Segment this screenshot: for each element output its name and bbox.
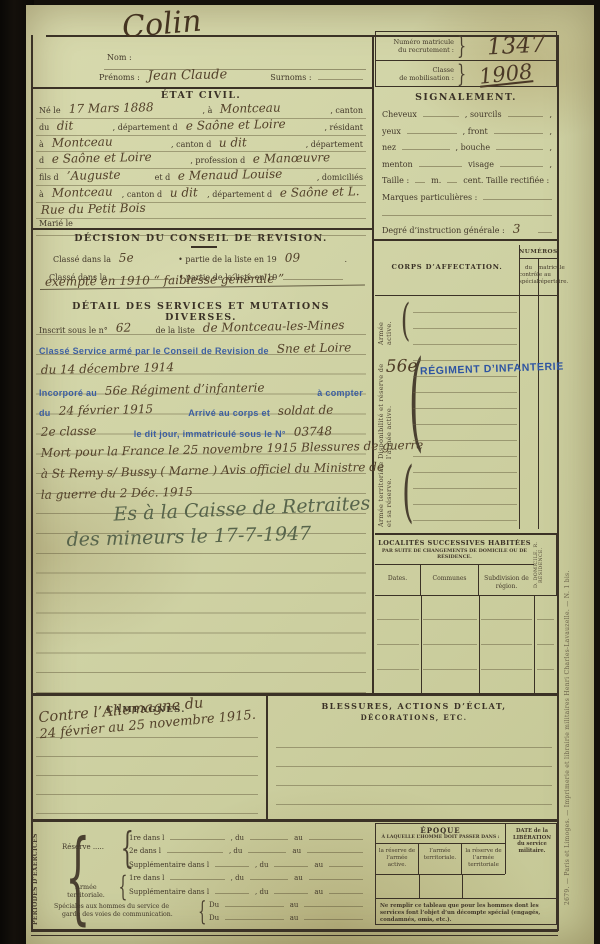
decision-title: DÉCISION DU CONSEIL DE REVISION. — [36, 233, 366, 244]
printed-text: visage — [465, 160, 497, 169]
blank-fill — [423, 106, 459, 117]
handwritten-text: e Saône et Loire — [47, 152, 187, 166]
printed-text: du — [36, 123, 52, 132]
handwritten-text: u dit — [214, 136, 303, 150]
campagnes-top-rule — [31, 693, 558, 696]
form-line: yeux, front, — [379, 123, 555, 140]
form-line: 2e classele dit jour, immatriculé sous l… — [36, 419, 366, 440]
prenoms-label: Prénoms : — [96, 73, 143, 82]
regiment-number-handwritten: 56e — [381, 356, 418, 377]
localites-body-communes — [423, 595, 477, 695]
blank-fill — [419, 156, 463, 167]
epoque-note-rule — [376, 898, 558, 899]
periode-row: 2e dans l , du au — [126, 842, 366, 855]
handwritten-text: 17 Mars 1888 — [63, 102, 199, 116]
corps-affectation-table: CORPS D’AFFECTATION. NUMÉROS du contrôle… — [375, 245, 557, 529]
nom-row: Nom : — [104, 53, 366, 70]
handwritten-text: Montceau — [46, 136, 168, 150]
corps-affectation-title: CORPS D’AFFECTATION. — [375, 263, 519, 271]
printed-text: , — [546, 127, 555, 136]
corps-lines-3 — [413, 457, 517, 529]
decision-line1: Classé dans la5e• partie de la liste en … — [50, 251, 350, 269]
stamp-text: Arrivé au corps et — [185, 408, 273, 418]
prenoms-row: Prénoms : Jean Claude Surnoms : — [96, 69, 366, 85]
matricule-box: Numéro matriculedu recrutement : } 1347 … — [375, 31, 557, 87]
numeros-col2-header: matricule au répertoire. — [538, 259, 557, 295]
form-line: Incorporé au56e Régiment d’infanterieà c… — [36, 378, 366, 399]
form-line: Cheveux, sourcils, — [379, 106, 555, 123]
localites-body-side — [537, 595, 554, 695]
printer-imprint: 2679. — Paris et Limoges. — Imprimerie e… — [564, 345, 571, 905]
main-column-divider — [372, 35, 374, 693]
form-line: du 14 décembre 1914 — [36, 357, 366, 378]
handwritten-text: 56e Régiment d’infanterie — [100, 379, 314, 397]
paper-sheet: Colin Nom : Prénoms : Jean Claude Surnom… — [26, 5, 594, 944]
header-bottom-rule-left — [31, 87, 372, 89]
corps-col-rule1 — [519, 245, 520, 529]
blank-fill — [483, 189, 552, 200]
handwritten-text: 09 — [279, 250, 341, 265]
printed-text: , — [546, 143, 555, 152]
epoque-header: ÉPOQUE À LAQUELLE L’HOMME DOIT PASSER DA… — [376, 824, 505, 844]
form-line: àMontceau, canton du dit, département — [36, 136, 366, 153]
form-line: dudit, département de Saône et Loire, ré… — [36, 119, 366, 136]
epoque-table: ÉPOQUE À LAQUELLE L’HOMME DOIT PASSER DA… — [375, 823, 557, 925]
printed-text: • partie de la liste en 19 — [175, 255, 280, 264]
handwritten-text: ’Auguste — [61, 169, 151, 183]
prenoms-handwritten: Jean Claude — [143, 67, 228, 84]
blank-fill — [447, 172, 457, 183]
periode-row: Supplémentaire dans l , du au — [126, 856, 366, 869]
form-line: àMontceau, canton du dit, département de… — [36, 186, 366, 203]
corps-brace-1: ( — [401, 299, 410, 343]
printed-text: . — [341, 255, 350, 264]
handwritten-text: 24 février 1915 — [53, 402, 185, 419]
localites-table: LOCALITÉS SUCCESSIVES HABITÉES PAR SUITE… — [375, 533, 557, 693]
corps-row-armee-active: Armée active. — [377, 301, 393, 345]
printed-text: m. — [428, 176, 444, 185]
signalement-bottom-rule — [372, 239, 558, 241]
printed-text: de la liste — [152, 326, 197, 335]
stamp-text: du — [36, 408, 54, 418]
territoriale-group-label: Arméeterritoriale. — [62, 883, 110, 899]
decision-title-underline — [191, 246, 217, 248]
printed-text: Marques particulières : — [379, 193, 480, 202]
stamp-text: à compter — [314, 388, 366, 398]
handwritten-text: Mort pour la France le 25 novembre 1915 … — [36, 438, 424, 460]
periodes-side-label: PÉRIODES D’EXERCICES — [32, 831, 39, 925]
printed-text: cent. Taille rectifiée : — [460, 176, 552, 185]
form-line: Degré d’instruction générale :3 — [379, 222, 555, 239]
localites-body-dates — [377, 595, 419, 695]
periodes-rows: 1re dans l , du au 2e dans l , du au Sup… — [126, 829, 366, 923]
handwritten-text: de Montceau-les-Mines — [198, 317, 366, 335]
form-line: à St Remy s/ Bussy ( Marne ) Avis offici… — [36, 461, 366, 482]
periode-row: 1re dans l , du au — [126, 869, 366, 882]
form-line: Inscrit sous le n°62de la listede Montce… — [36, 315, 366, 336]
corps-lines-1 — [413, 297, 517, 345]
printed-text: , canton d — [168, 140, 214, 149]
frame-right-rule — [557, 35, 559, 931]
signalement-lines: Cheveux, sourcils,yeux, front,nez, bouch… — [379, 106, 555, 238]
printed-text: , front — [460, 127, 491, 136]
periode-row: Supplémentaire dans l , du au — [126, 883, 366, 896]
form-line: nez, bouche, — [379, 139, 555, 156]
epoque-body-vrule2 — [462, 874, 463, 898]
surnoms-label: Surnoms : — [267, 73, 314, 82]
reserve-group-label: Réserve ..... — [62, 843, 104, 851]
printed-text: , — [546, 160, 555, 169]
printed-text: à — [36, 140, 47, 149]
surnoms-blank — [318, 69, 363, 80]
localites-header: LOCALITÉS SUCCESSIVES HABITÉES PAR SUITE… — [375, 535, 534, 565]
printed-text: yeux — [379, 127, 404, 136]
etat-civil-bottom-rule — [31, 228, 372, 230]
handwritten-text: 03748 — [289, 424, 366, 440]
printed-text: , département — [303, 140, 366, 149]
corps-col-rule2 — [538, 259, 539, 529]
handwritten-text: soldat de — [273, 403, 366, 419]
printed-text: , département d — [204, 190, 275, 199]
printed-text: et d — [152, 173, 174, 182]
printed-text: , à — [200, 106, 216, 115]
classe-label: Classede mobilisation : — [376, 66, 454, 82]
periode-row: 1re dans l , du au — [126, 829, 366, 842]
periode-row: Du au — [126, 896, 366, 909]
form-line: Né le17 Mars 1888, àMontceau, canton — [36, 102, 366, 119]
handwritten-text: 5e — [114, 250, 175, 265]
classe-value: 1908 — [478, 59, 534, 88]
handwritten-text: e Menaud Louise — [173, 169, 314, 183]
etat-civil-lines: Né le17 Mars 1888, àMontceau, cantondudi… — [36, 102, 366, 236]
handwritten-text: Montceau — [46, 186, 118, 200]
blank-fill — [415, 172, 425, 183]
handwritten-text: dit — [52, 119, 110, 133]
printed-text: Né le — [36, 106, 64, 115]
localites-col-dates: Dates. — [375, 565, 421, 595]
epoque-note: Ne remplir ce tableau que pour les homme… — [380, 903, 552, 923]
handwritten-text: 2e classe — [36, 423, 131, 439]
epoque-col2: l’armée territoriale. — [419, 844, 462, 874]
printed-text: , sourcils — [462, 110, 505, 119]
printed-text: , bouche — [453, 143, 494, 152]
signalement-title: SIGNALEMENT. — [375, 92, 557, 103]
printed-text: , canton d — [119, 190, 165, 199]
blank-fill — [496, 139, 543, 150]
form-line — [379, 205, 555, 222]
decision-overlay-handwritten: exempté en 1910 “ faiblesse générale ” — [40, 270, 365, 290]
printed-text: Classé dans la — [50, 255, 114, 264]
printed-text: , — [546, 110, 555, 119]
scanned-register-page: Colin Nom : Prénoms : Jean Claude Surnom… — [0, 0, 600, 944]
form-line: Rue du Petit Bois — [36, 203, 366, 220]
etat-civil-title: ÉTAT CIVIL. — [36, 90, 366, 101]
localites-vrule3 — [534, 595, 535, 695]
epoque-body-vrule1 — [419, 874, 420, 898]
printed-text: , département d — [110, 123, 181, 132]
localites-body-subdivision — [481, 595, 532, 695]
printed-text: fils d — [36, 173, 62, 182]
printed-text: Taille : — [379, 176, 412, 185]
handwritten-text: à St Remy s/ Bussy ( Marne ) Avis offici… — [36, 460, 384, 481]
handwritten-text: e Saône et L. — [275, 186, 366, 200]
handwritten-text: e Manœuvre — [248, 152, 366, 166]
form-line: du24 février 1915Arrivé au corps etsolda… — [36, 399, 366, 420]
localites-side-col-header: D. DOMICILE. R. RÉSIDENCE. — [534, 535, 557, 595]
frame-bottom-rule — [31, 929, 558, 932]
stamp-text: Classé Service armé par le Conseil de Re… — [36, 346, 272, 356]
frame-left-rule — [31, 35, 33, 931]
handwritten-text: du 14 décembre 1914 — [36, 356, 366, 377]
localites-col-communes: Communes — [421, 565, 479, 595]
blessures-lines — [276, 729, 552, 817]
form-line: Classé Service armé par le Conseil de Re… — [36, 336, 366, 357]
bottom-band-top-rule — [31, 819, 558, 822]
stamp-text: Incorporé au — [36, 388, 100, 398]
handwritten-text: Montceau — [215, 102, 327, 116]
epoque-col3: la réserve de l’armée territoriale — [462, 844, 505, 874]
printed-text: nez — [379, 143, 399, 152]
name-handwritten: Colin — [121, 4, 203, 46]
printed-text: à — [36, 190, 47, 199]
printed-text: , résidant — [321, 123, 366, 132]
printed-text: Cheveux — [379, 110, 420, 119]
matricule-value: 1347 — [487, 31, 547, 60]
epoque-date-header: DATE de la LIBÉRATION du service militai… — [505, 824, 558, 874]
printed-text: , domiciliés — [314, 173, 366, 182]
handwritten-text: Rue du Petit Bois — [36, 203, 366, 217]
handwritten-text: Sne et Loire — [272, 340, 366, 356]
handwritten-text: 62 — [110, 320, 152, 335]
blank-fill — [402, 139, 449, 150]
localites-vrule1 — [421, 595, 422, 695]
campagnes-blessures-divider — [266, 695, 268, 819]
corps-brace-3: ( — [402, 459, 414, 525]
printed-text: d — [36, 156, 47, 165]
corps-row-territoriale: Armée territoriale et sa réserve. — [377, 461, 393, 527]
periode-row: Du au — [126, 909, 366, 922]
blank-fill — [538, 222, 552, 233]
blank-fill — [500, 156, 544, 167]
classe-brace: } — [457, 62, 466, 86]
form-line: Marques particulières : — [379, 189, 555, 206]
form-line: de Saône et Loire, profession de Manœuvr… — [36, 152, 366, 169]
localites-col-subdivision: Subdivision de région. — [479, 565, 534, 595]
form-line: mentonvisage, — [379, 156, 555, 173]
frame-bottom-rule2 — [31, 935, 558, 936]
blank-fill — [407, 123, 457, 134]
printed-text: , canton — [327, 106, 366, 115]
regiment-stamp: RÉGIMENT D’INFANTERIE — [420, 360, 564, 377]
form-line: Mort pour la France le 25 novembre 1915 … — [36, 440, 366, 461]
handwritten-text: e Saône et Loire — [180, 119, 321, 133]
numeros-header: NUMÉROS — [519, 245, 557, 259]
blank-fill — [382, 205, 552, 216]
blessures-title: BLESSURES, ACTIONS D’ÉCLAT, DÉCORATIONS,… — [274, 701, 554, 722]
epoque-col1: la réserve de l’armée active. — [376, 844, 419, 874]
nom-label: Nom : — [104, 53, 135, 62]
printed-text: , profession d — [187, 156, 248, 165]
form-line: Taille :m.cent. Taille rectifiée :m.cent… — [379, 172, 555, 189]
handwritten-text: u dit — [165, 186, 204, 200]
handwritten-text: 3 — [507, 222, 534, 236]
form-line: fils d’Augusteet de Menaud Louise, domic… — [36, 169, 366, 186]
blank-fill — [508, 106, 544, 117]
matricule-label: Numéro matriculedu recrutement : — [376, 38, 454, 54]
matricule-brace: } — [457, 34, 466, 58]
printed-text: Inscrit sous le n° — [36, 326, 111, 335]
localites-vrule2 — [479, 595, 480, 695]
numeros-col1-header: du contrôle spécial. — [519, 259, 538, 295]
blank-fill — [494, 123, 544, 134]
epoque-colheader-rule — [376, 874, 505, 875]
printed-text: Marié le — [36, 219, 76, 228]
regiment-stamp-group: 56e RÉGIMENT D’INFANTERIE — [381, 357, 564, 377]
printed-text: Degré d’instruction générale : — [379, 226, 508, 235]
printed-text: menton — [379, 160, 416, 169]
stamp-text: le dit jour, immatriculé sous le N° — [131, 429, 289, 439]
